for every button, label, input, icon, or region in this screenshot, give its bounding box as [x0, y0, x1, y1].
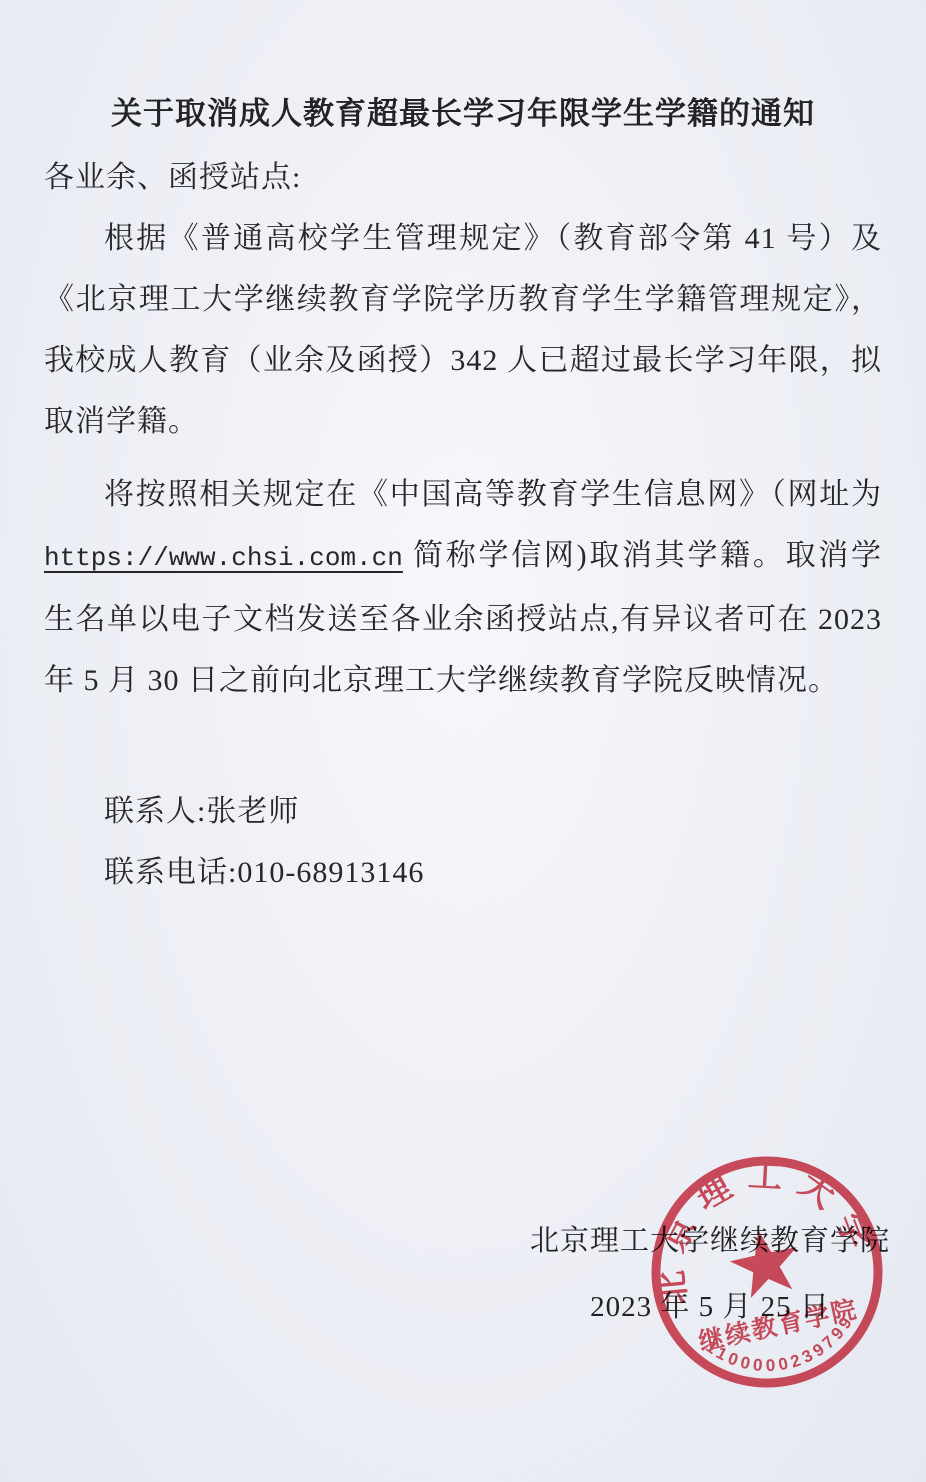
contact-person: 联系人:张老师: [104, 781, 882, 842]
contact-block: 联系人:张老师 联系电话:010-68913146: [44, 781, 882, 903]
notice-title: 关于取消成人教育超最长学习年限学生学籍的通知: [44, 94, 882, 134]
paragraph-2: 将按照相关规定在《中国高等教育学生信息网》（网址为 https://www.ch…: [44, 464, 882, 711]
notice-body: 关于取消成人教育超最长学习年限学生学籍的通知 各业余、函授站点: 根据《普通高校…: [0, 0, 926, 903]
seal-star-icon: [725, 1223, 805, 1301]
paragraph-2-lead: 将按照相关规定在《中国高等教育学生信息网》（网址为: [104, 478, 882, 511]
svg-text:北京理工大学: 北京理工大学: [642, 1147, 884, 1311]
seal-university-text: 北京理工大学: [642, 1147, 884, 1311]
scanned-notice-page: 关于取消成人教育超最长学习年限学生学籍的通知 各业余、函授站点: 根据《普通高校…: [0, 0, 926, 1482]
salutation: 各业余、函授站点:: [44, 158, 882, 198]
chsi-url-link[interactable]: https://www.chsi.com.cn: [44, 543, 403, 573]
seal-graphic: 北京理工大学 继续教育学院 1100000239799: [642, 1147, 892, 1397]
official-seal-stamp: 北京理工大学 继续教育学院 1100000239799: [642, 1147, 892, 1397]
paragraph-1: 根据《普通高校学生管理规定》（教育部令第 41 号）及《北京理工大学继续教育学院…: [44, 208, 882, 452]
contact-phone: 联系电话:010-68913146: [104, 842, 882, 903]
